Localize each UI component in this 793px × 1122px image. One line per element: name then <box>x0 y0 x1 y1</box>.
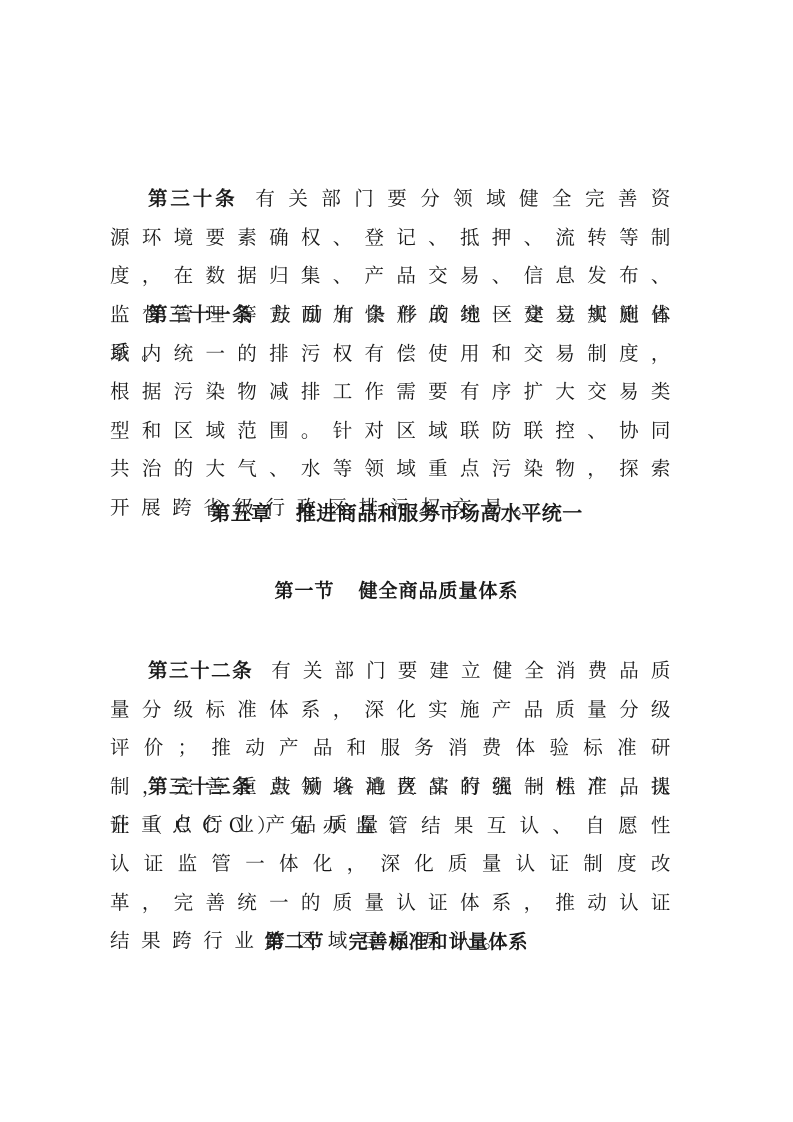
section-number: 第二节 <box>264 931 324 953</box>
document-page: 第三十条有关部门要分领域健全完善资源环境要素确权、登记、抵押、流转等制度，在数据… <box>0 0 793 1122</box>
section-number: 第一节 <box>274 580 334 602</box>
section-heading-2: 第二节完善标准和计量体系 <box>0 927 793 954</box>
article-text: 鼓励有条件的地区建立实施省域内统一的排污权有偿使用和交易制度，根据污染物减排工作… <box>110 303 682 519</box>
chapter-title: 推进商品和服务市场高水平统一 <box>296 501 583 525</box>
article-31: 第三十一条鼓励有条件的地区建立实施省域内统一的排污权有偿使用和交易制度，根据污染… <box>110 296 682 527</box>
chapter-heading: 第五章推进商品和服务市场高水平统一 <box>0 497 793 526</box>
section-title: 完善标准和计量体系 <box>349 931 529 953</box>
article-number: 第三十二条 <box>148 659 253 682</box>
chapter-number: 第五章 <box>210 501 272 525</box>
section-heading-1: 第一节健全商品质量体系 <box>0 576 793 603</box>
article-number: 第三十一条 <box>148 303 253 326</box>
section-title: 健全商品质量体系 <box>359 580 519 602</box>
article-number: 第三十条 <box>148 187 237 210</box>
article-number: 第三十三条 <box>148 775 253 798</box>
article-text: 鼓励各地区实行强制性产品认证（CCC）免办监管结果互认、自愿性认证监管一体化，深… <box>110 775 682 952</box>
